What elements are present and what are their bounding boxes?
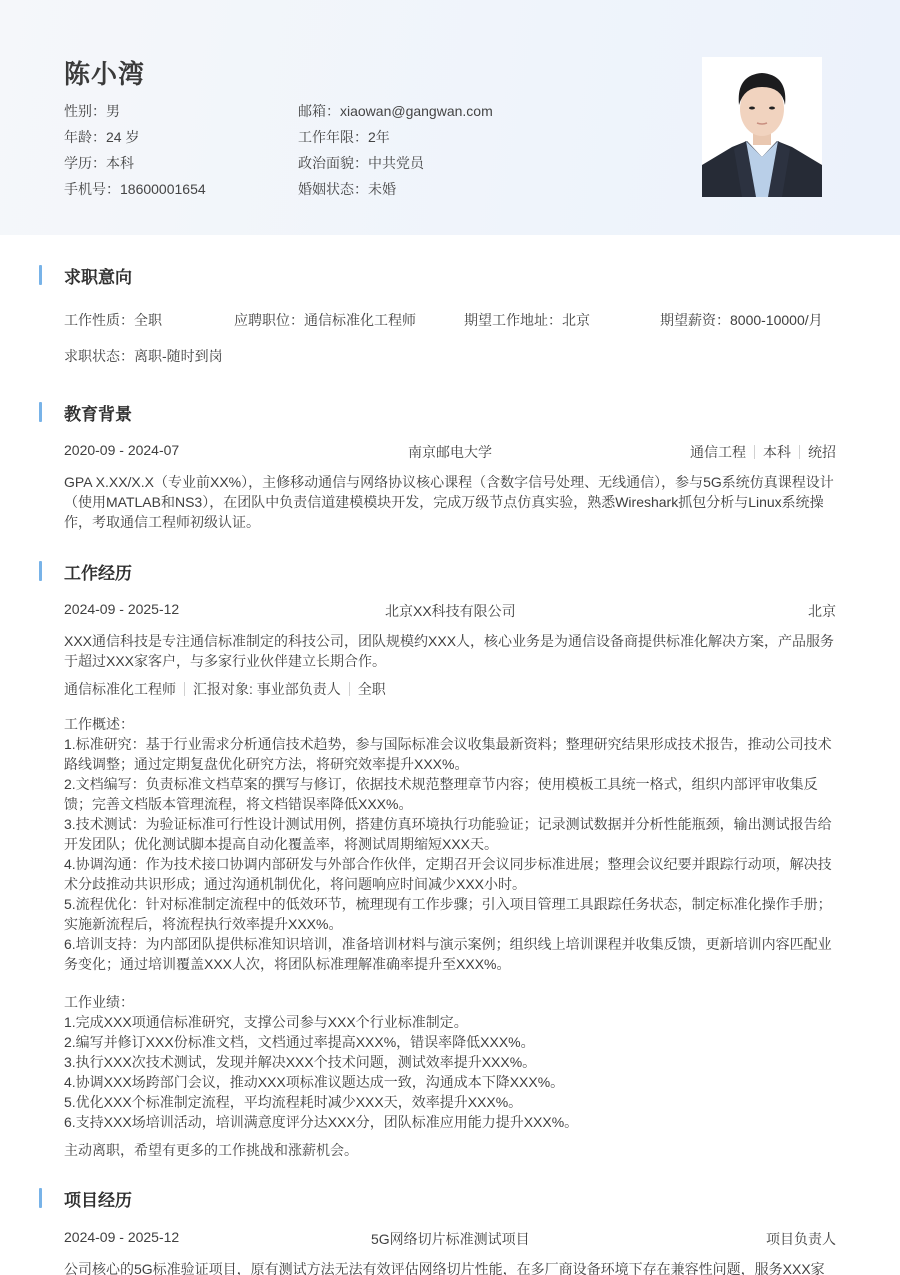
achievement-item: 3.执行XXX次技术测试，发现并解决XXX个技术问题，测试效率提升XXX%。 [64, 1052, 839, 1072]
divider [184, 682, 185, 696]
info-political-status: 政治面貌：中共党员 [298, 153, 424, 173]
work-report-to: 汇报对象: 事业部负责人 [193, 681, 341, 697]
achievement-item: 6.支持XXX场培训活动，培训满意度评分达XXX分，团队标准应用能力提升XXX%… [64, 1112, 839, 1132]
education-school: 南京邮电大学 [408, 442, 492, 462]
work-company-intro: XXX通信科技是专注通信标准制定的科技公司，团队规模约XXX人，核心业务是为通信… [64, 631, 839, 671]
achievement-item: 5.优化XXX个标准制定流程，平均流程耗时减少XXX天，效率提升XXX%。 [64, 1092, 839, 1112]
section-title-education: 教育背景 [64, 400, 132, 425]
work-overview-item: 5.流程优化：针对标准制定流程中的低效环节，梳理现有工作步骤；引入项目管理工具跟… [64, 894, 839, 934]
achievement-item: 4.协调XXX场跨部门会议，推动XXX项标准议题达成一致，沟通成本下降XXX%。 [64, 1072, 839, 1092]
intention-position: 应聘职位：通信标准化工程师 [234, 310, 416, 330]
work-leave-reason: 主动离职，希望有更多的工作挑战和涨薪机会。 [64, 1140, 839, 1160]
education-description: GPA X.XX/X.X（专业前XX%），主修移动通信与网络协议核心课程（含数字… [64, 472, 839, 532]
work-location: 北京 [808, 601, 836, 621]
section-accent-bar [39, 402, 42, 422]
intention-status: 求职状态：离职-随时到岗 [64, 346, 223, 366]
section-title-intention: 求职意向 [64, 263, 132, 288]
section-accent-bar [39, 561, 42, 581]
info-email: 邮箱：xiaowan@gangwan.com [298, 101, 493, 121]
work-achievements: 工作业绩： 1.完成XXX项通信标准研究，支撑公司参与XXX个行业标准制定。 2… [64, 992, 839, 1132]
achievement-item: 1.完成XXX项通信标准研究，支撑公司参与XXX个行业标准制定。 [64, 1012, 839, 1032]
intention-job-type: 工作性质：全职 [64, 310, 162, 330]
info-gender: 性别：男 [64, 101, 120, 121]
info-marital-status: 婚姻状态：未婚 [298, 179, 396, 199]
section-title-project: 项目经历 [64, 1186, 132, 1211]
work-overview-title: 工作概述： [64, 714, 839, 734]
info-age: 年龄：24 岁 [64, 127, 139, 147]
info-education: 学历：本科 [64, 153, 134, 173]
work-overview-item: 6.培训支持：为内部团队提供标准知识培训，准备培训材料与演示案例；组织线上培训课… [64, 934, 839, 974]
section-title-work: 工作经历 [64, 559, 132, 584]
education-tags: 通信工程本科统招 [690, 442, 836, 462]
project-date: 2024-09 - 2025-12 [64, 1229, 179, 1245]
section-accent-bar [39, 265, 42, 285]
work-tags: 通信标准化工程师汇报对象: 事业部负责人全职 [64, 679, 386, 699]
info-phone: 手机号：18600001654 [64, 179, 206, 199]
portrait-image [702, 57, 822, 197]
work-overview-item: 2.文档编写：负责标准文档草案的撰写与修订，依据技术规范整理章节内容；使用模板工… [64, 774, 839, 814]
work-overview: 工作概述： 1.标准研究：基于行业需求分析通信技术趋势，参与国际标准会议收集最新… [64, 714, 839, 974]
work-achievements-title: 工作业绩： [64, 992, 839, 1012]
work-overview-item: 1.标准研究：基于行业需求分析通信技术趋势，参与国际标准会议收集最新资料；整理研… [64, 734, 839, 774]
project-role: 项目负责人 [766, 1229, 836, 1249]
education-date: 2020-09 - 2024-07 [64, 442, 179, 458]
project-name: 5G网络切片标准测试项目 [371, 1229, 530, 1249]
education-major: 通信工程 [690, 444, 746, 460]
profile-photo [702, 57, 822, 197]
intention-salary: 期望薪资：8000-10000/月 [660, 310, 823, 330]
work-type: 全职 [358, 681, 386, 697]
project-description: 公司核心的5G标准验证项目，原有测试方法无法有效评估网络切片性能，在多厂商设备环… [64, 1259, 839, 1275]
work-overview-item: 4.协调沟通：作为技术接口协调内部研发与外部合作伙伴，定期召开会议同步标准进展；… [64, 854, 839, 894]
info-work-years: 工作年限：2年 [298, 127, 390, 147]
achievement-item: 2.编写并修订XXX份标准文档，文档通过率提高XXX%，错误率降低XXX%。 [64, 1032, 839, 1052]
divider [349, 682, 350, 696]
work-company: 北京XX科技有限公司 [385, 601, 516, 621]
intention-location: 期望工作地址：北京 [464, 310, 590, 330]
resume-header: 陈小湾 性别：男 年龄：24 岁 学历：本科 手机号：18600001654 邮… [0, 0, 900, 235]
education-enrollment: 统招 [808, 444, 836, 460]
work-title: 通信标准化工程师 [64, 681, 176, 697]
candidate-name: 陈小湾 [64, 54, 145, 91]
work-date: 2024-09 - 2025-12 [64, 601, 179, 617]
work-overview-item: 3.技术测试：为验证标准可行性设计测试用例，搭建仿真环境执行功能验证；记录测试数… [64, 814, 839, 854]
divider [799, 445, 800, 459]
education-degree: 本科 [763, 444, 791, 460]
section-accent-bar [39, 1188, 42, 1208]
divider [754, 445, 755, 459]
